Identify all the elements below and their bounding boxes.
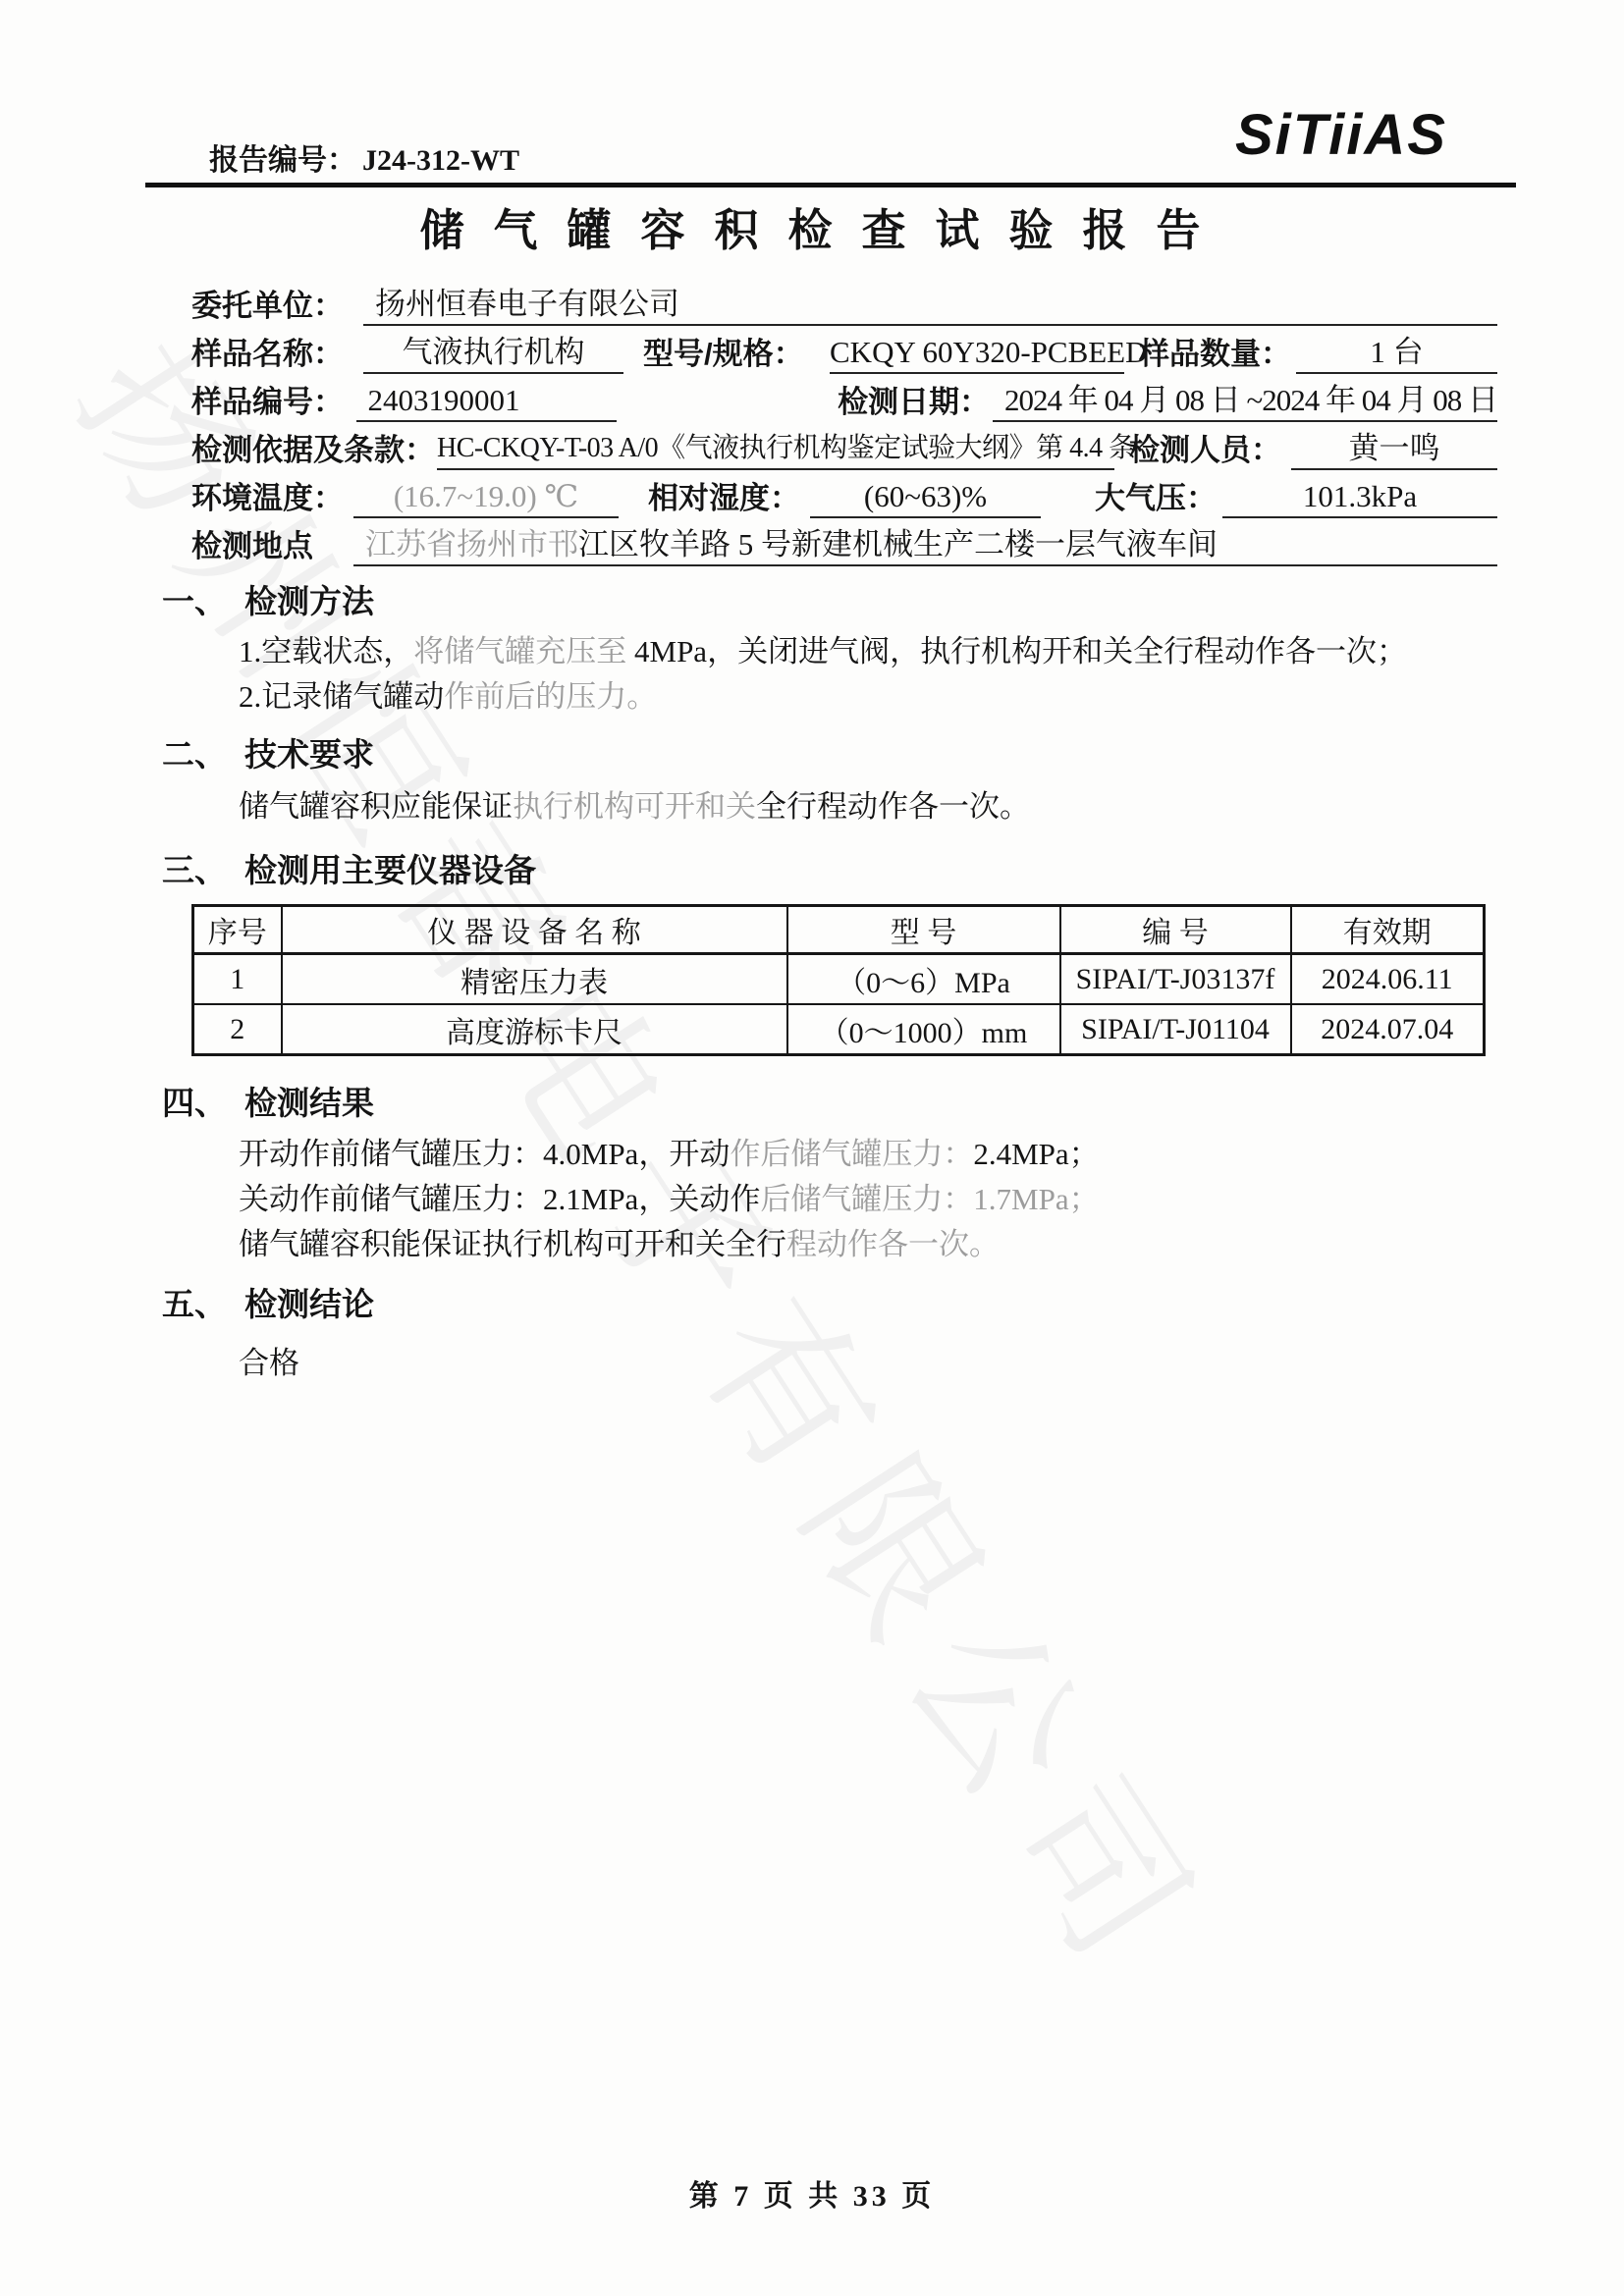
result-line-2: 关动作前储气罐压力：2.1MPa，关动作后储气罐压力：1.7MPa； [239, 1177, 1497, 1222]
equipment-table-row: 1 精密压力表 （0～6）MPa SIPAI/T-J03137f 2024.06… [193, 954, 1485, 1005]
report-number-label: 报告编号： [209, 144, 356, 177]
info-row-client: 委托单位： 扬州恒春电子有限公司 [191, 278, 1497, 326]
sample-no-label: 样品编号： [191, 383, 356, 422]
conclusion-value: 合格 [239, 1341, 1497, 1386]
equipment-table-row: 2 高度游标卡尺 （0～1000）mm SIPAI/T-J01104 2024.… [193, 1004, 1485, 1055]
tech-line-1: 储气罐容积应能保证执行机构可开和关全行程动作各一次。 [239, 784, 1497, 829]
col-header-seq: 序号 [193, 906, 282, 954]
method-line-1: 1.空载状态，将储气罐充压至 4MPa，关闭进气阀，执行机构开和关全行程动作各一… [239, 629, 1497, 674]
section-method-title: 一、检测方法 [162, 582, 1497, 621]
client-value: 扬州恒春电子有限公司 [363, 285, 1497, 326]
section-tech-title: 二、技术要求 [162, 735, 1497, 774]
cell-seq: 1 [193, 954, 282, 1005]
cell-serial: SIPAI/T-J01104 [1060, 1004, 1291, 1055]
info-row-location: 检测地点 江苏省扬州市邗江区牧羊路 5 号新建机械生产二楼一层气液车间 [191, 518, 1497, 566]
section-title-text: 技术要求 [244, 736, 374, 773]
cell-model: （0～6）MPa [787, 954, 1060, 1005]
sample-name-value: 气液执行机构 [363, 333, 623, 374]
client-label: 委托单位： [191, 287, 363, 326]
section-result-title: 四、检测结果 [162, 1084, 1497, 1123]
model-value: CKQY 60Y320-PCBEED [830, 333, 1124, 374]
info-row-sample: 样品名称： 气液执行机构 型号/规格： CKQY 60Y320-PCBEED 样… [191, 326, 1497, 374]
humidity-value: (60~63)% [810, 477, 1041, 518]
header-rule [145, 183, 1516, 187]
sample-name-label: 样品名称： [191, 335, 363, 374]
info-rows: 委托单位： 扬州恒春电子有限公司 样品名称： 气液执行机构 型号/规格： CKQ… [191, 278, 1497, 566]
report-title: 储气罐容积检查试验报告 [157, 194, 1492, 258]
report-body: 委托单位： 扬州恒春电子有限公司 样品名称： 气液执行机构 型号/规格： CKQ… [162, 278, 1497, 1386]
info-row-basis: 检测依据及条款： HC-CKQY-T-03 A/0《气液执行机构鉴定试验大纲》第… [191, 422, 1497, 470]
cell-validity: 2024.06.11 [1291, 954, 1485, 1005]
method-line-2: 2.记录储气罐动作前后的压力。 [239, 674, 1497, 720]
section-conclusion-title: 五、检测结论 [162, 1285, 1497, 1324]
cell-serial: SIPAI/T-J03137f [1060, 954, 1291, 1005]
cell-validity: 2024.07.04 [1291, 1004, 1485, 1055]
basis-value: HC-CKQY-T-03 A/0《气液执行机构鉴定试验大纲》第 4.4 条 [437, 429, 1114, 470]
cell-name: 高度游标卡尺 [282, 1004, 787, 1055]
location-value: 江苏省扬州市邗江区牧羊路 5 号新建机械生产二楼一层气液车间 [353, 525, 1497, 566]
air-pressure-label: 大气压： [1095, 479, 1222, 518]
section-title-text: 检测方法 [244, 583, 374, 619]
equipment-table: 序号 仪 器 设 备 名 称 型 号 编 号 有效期 1 精密压力表 （0～6）… [191, 904, 1486, 1056]
col-header-validity: 有效期 [1291, 906, 1485, 954]
section-number: 三、 [162, 852, 227, 888]
test-date-value: 2024 年 04 月 08 日 ~2024 年 04 月 08 日 [993, 381, 1497, 422]
section-number: 四、 [162, 1085, 227, 1121]
inspector-value: 黄一鸣 [1291, 429, 1497, 470]
page-number-footer: 第 7 页 共 33 页 [0, 2171, 1624, 2215]
test-date-label: 检测日期： [838, 383, 993, 422]
cell-name: 精密压力表 [282, 954, 787, 1005]
model-label: 型号/规格： [643, 335, 830, 374]
report-number: 报告编号：J24-312-WT [209, 135, 519, 179]
equipment-table-header-row: 序号 仪 器 设 备 名 称 型 号 编 号 有效期 [193, 906, 1485, 954]
info-row-environment: 环境温度： (16.7~19.0) ℃ 相对湿度： (60~63)% 大气压： … [191, 470, 1497, 518]
location-label: 检测地点 [191, 527, 353, 566]
col-header-model: 型 号 [787, 906, 1060, 954]
result-line-1: 开动作前储气罐压力：4.0MPa，开动作后储气罐压力：2.4MPa； [239, 1132, 1497, 1177]
result-line-3: 储气罐容积能保证执行机构可开和关全行程动作各一次。 [239, 1222, 1497, 1267]
cell-model: （0～1000）mm [787, 1004, 1060, 1055]
section-title-text: 检测用主要仪器设备 [244, 852, 536, 888]
sample-no-value: 2403190001 [356, 381, 618, 422]
report-number-value: J24-312-WT [362, 144, 519, 177]
env-temp-label: 环境温度： [191, 479, 353, 518]
col-header-serial: 编 号 [1060, 906, 1291, 954]
inspector-label: 检测人员： [1129, 431, 1291, 470]
section-title-text: 检测结果 [244, 1085, 374, 1121]
quantity-label: 样品数量： [1139, 335, 1296, 374]
info-row-number-date: 样品编号： 2403190001 检测日期： 2024 年 04 月 08 日 … [191, 374, 1497, 422]
section-number: 五、 [162, 1286, 227, 1322]
sitiias-logo: SiTiiAS [1235, 102, 1447, 168]
env-temp-value: (16.7~19.0) ℃ [353, 477, 619, 518]
section-number: 一、 [162, 583, 227, 619]
section-number: 二、 [162, 736, 227, 773]
quantity-value: 1 台 [1296, 333, 1497, 374]
cell-seq: 2 [193, 1004, 282, 1055]
humidity-label: 相对湿度： [648, 479, 810, 518]
air-pressure-value: 101.3kPa [1222, 477, 1497, 518]
scanned-report-page: 扬州恒春电子有限公司 报告编号：J24-312-WT SiTiiAS 储气罐容积… [0, 0, 1624, 2296]
section-equipment-title: 三、检测用主要仪器设备 [162, 851, 1497, 890]
col-header-name: 仪 器 设 备 名 称 [282, 906, 787, 954]
section-title-text: 检测结论 [244, 1286, 374, 1322]
basis-label: 检测依据及条款： [191, 431, 437, 470]
